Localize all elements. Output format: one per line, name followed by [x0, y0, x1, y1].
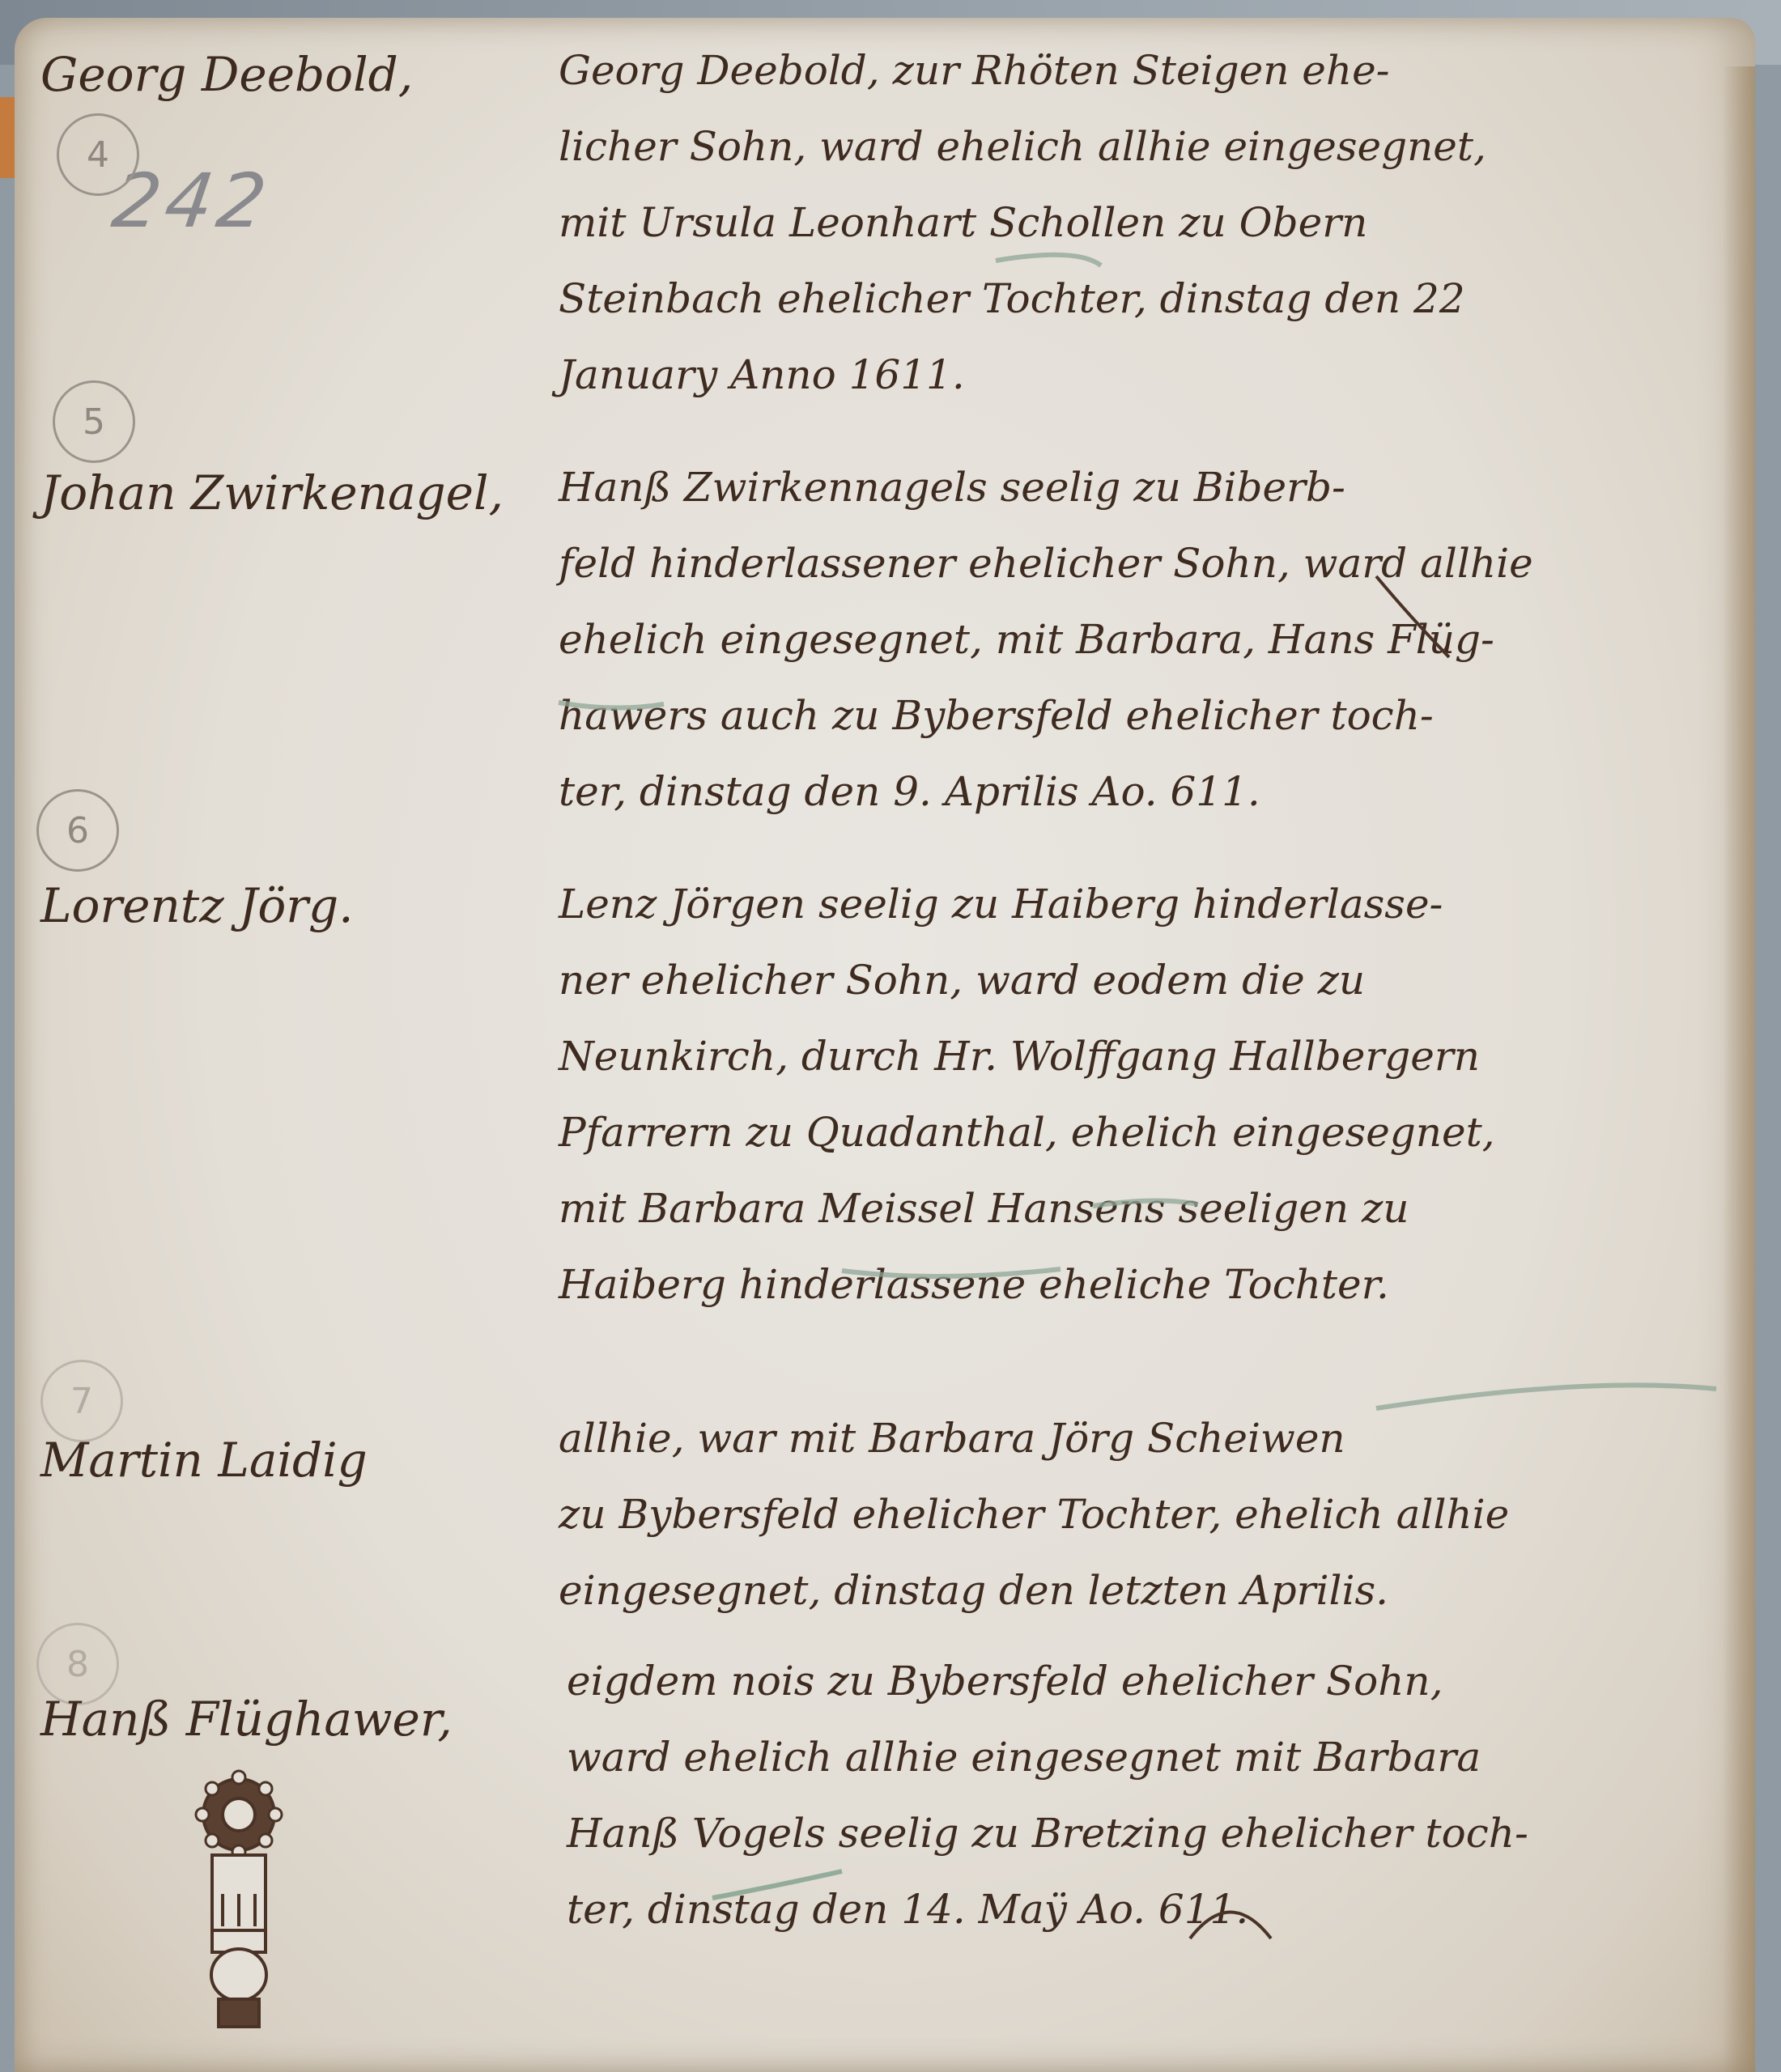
flower-column-drawing-icon [194, 1764, 283, 2032]
annotation-underlines [0, 0, 1781, 2072]
